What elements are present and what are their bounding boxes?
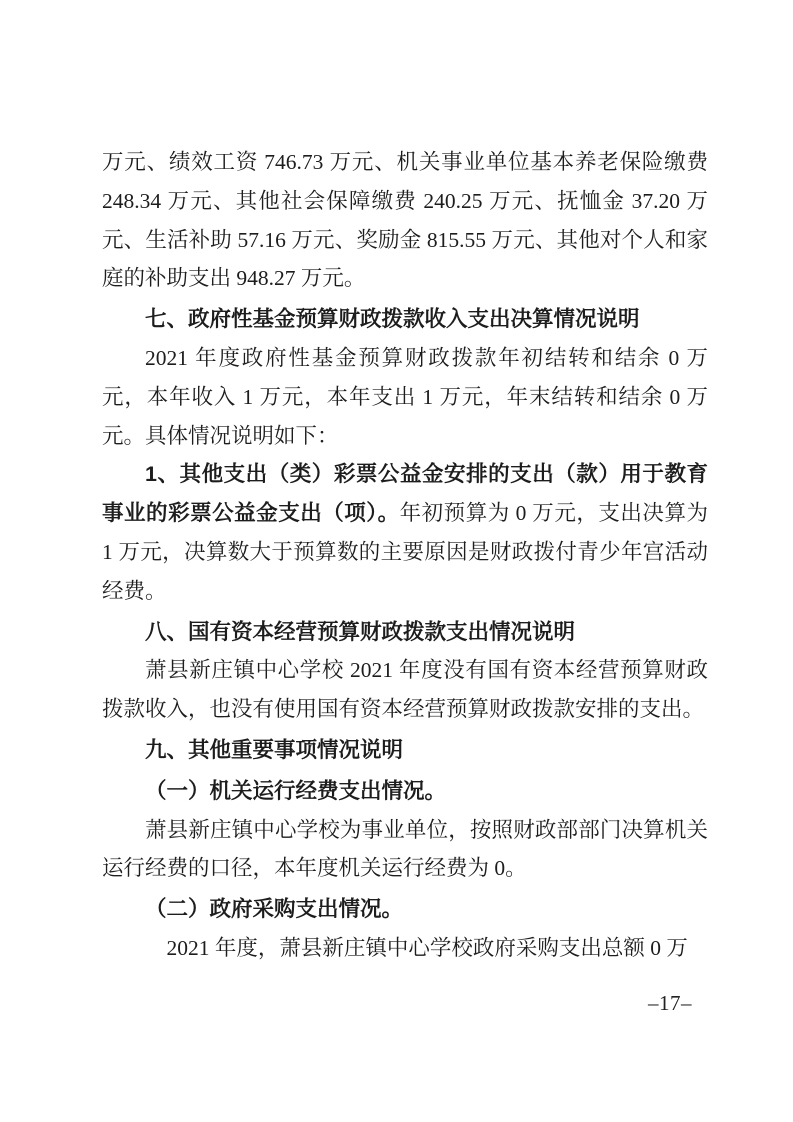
document-page: 万元、绩效工资 746.73 万元、机关事业单位基本养老保险缴费 248.34 …	[0, 0, 793, 1122]
paragraph-subsidy-continuation: 万元、绩效工资 746.73 万元、机关事业单位基本养老保险缴费 248.34 …	[102, 143, 708, 298]
page-number: –17–	[648, 993, 692, 1014]
section-heading-8: 八、国有资本经营预算财政拨款支出情况说明	[102, 613, 708, 652]
section-heading-7: 七、政府性基金预算财政拨款收入支出决算情况说明	[102, 300, 708, 339]
section-heading-9: 九、其他重要事项情况说明	[102, 731, 708, 770]
paragraph-gov-procurement: 2021 年度，萧县新庄镇中心学校政府采购支出总额 0 万	[102, 929, 708, 968]
subheading-operating-expense: （一）机关运行经费支出情况。	[102, 772, 708, 811]
paragraph-gov-fund-summary: 2021 年度政府性基金预算财政拨款年初结转和结余 0 万元，本年收入 1 万元…	[102, 339, 708, 455]
subheading-gov-procurement: （二）政府采购支出情况。	[102, 890, 708, 929]
page-body: 万元、绩效工资 746.73 万元、机关事业单位基本养老保险缴费 248.34 …	[102, 143, 708, 968]
paragraph-operating-expense: 萧县新庄镇中心学校为事业单位，按照财政部部门决算机关运行经费的口径，本年度机关运…	[102, 811, 708, 889]
paragraph-state-capital: 萧县新庄镇中心学校 2021 年度没有国有资本经营预算财政拨款收入，也没有使用国…	[102, 651, 708, 729]
paragraph-lottery-fund: 1、其他支出（类）彩票公益金安排的支出（款）用于教育事业的彩票公益金支出（项）。…	[102, 455, 708, 610]
